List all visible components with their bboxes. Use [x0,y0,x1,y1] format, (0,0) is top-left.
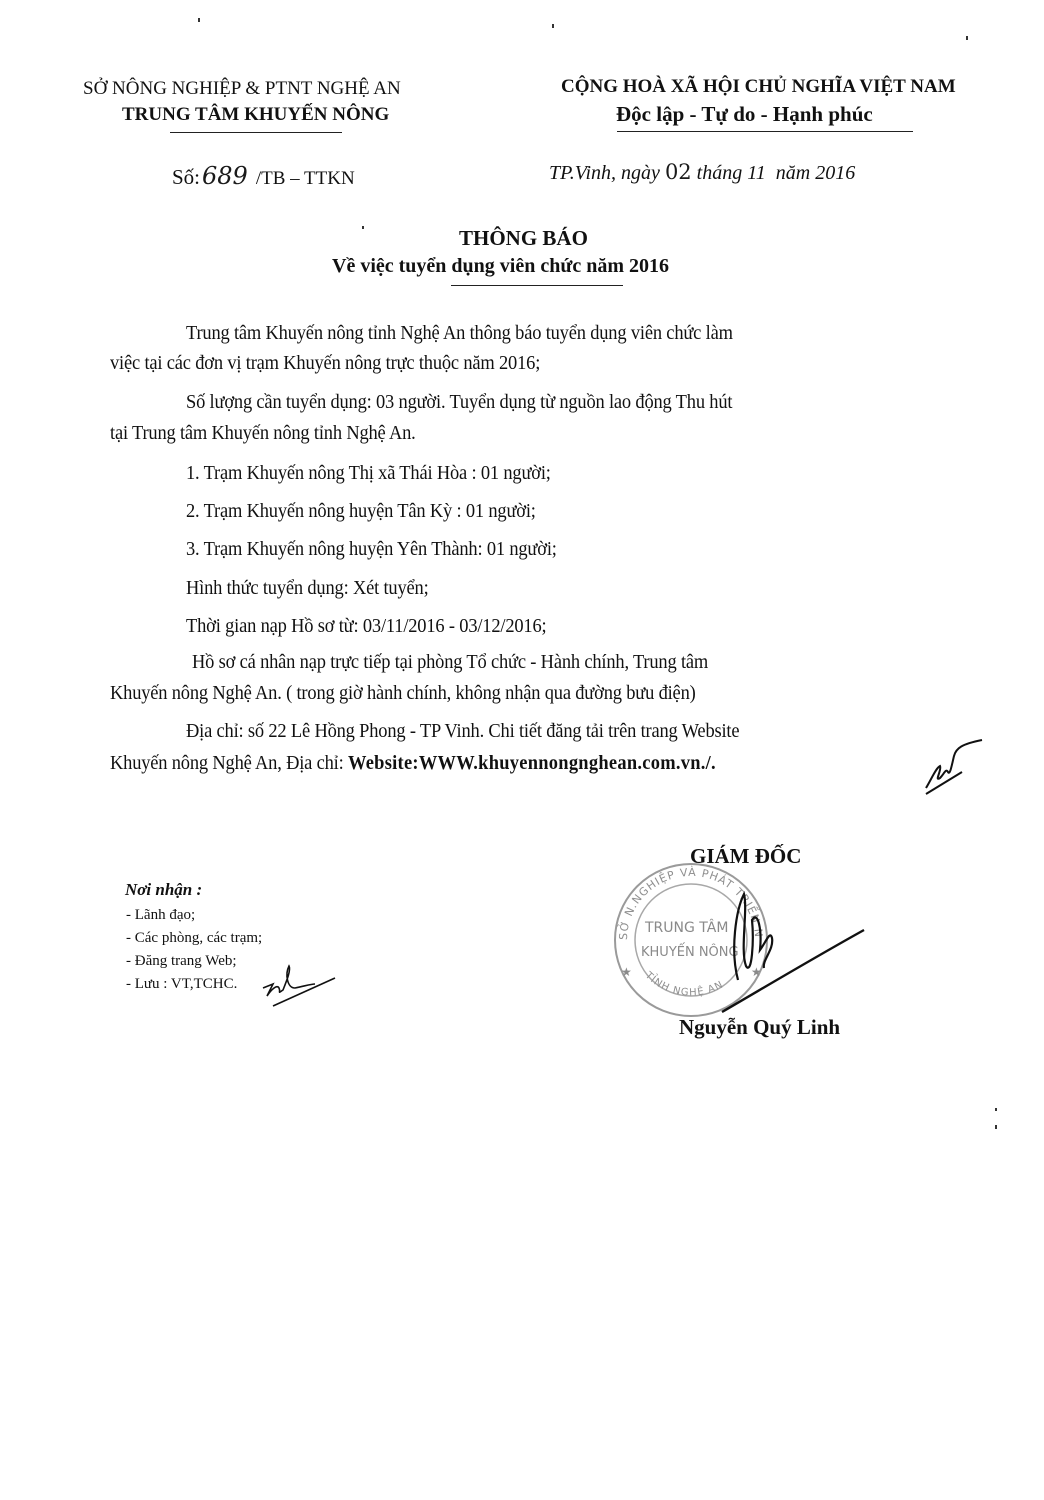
scan-speck [198,18,200,22]
number-suffix: /TB – TTKN [256,168,355,189]
recipients-heading: Nơi nhận : [125,880,202,900]
position-item: 1. Trạm Khuyến nông Thị xã Thái Hòa : 01… [186,462,591,485]
scan-speck [995,1125,997,1129]
initials-mark-icon [255,960,345,1010]
scan-speck [362,226,364,229]
address-line2: Khuyến nông Nghệ An, Địa chỉ: Website:WW… [110,752,783,775]
date-month: tháng 11 [697,162,766,184]
paragraph-quantity-line2: tại Trung tâm Khuyến nông tỉnh Nghệ An. [110,422,450,445]
paragraph-quantity-line1: Số lượng cần tuyển dụng: 03 người. Tuyển… [186,391,793,414]
document-number: Số:689/TB – TTKN [172,162,355,190]
document-subtitle: Về việc tuyển dụng viên chức năm 2016 [332,255,669,278]
recruitment-method: Hình thức tuyển dụng: Xét tuyển; [186,577,455,600]
svg-text:★: ★ [621,965,632,979]
recipient-item: - Lưu : VT,TCHC. [126,976,237,993]
recipient-item: - Đăng trang Web; [126,953,237,970]
motto-underline [617,131,913,132]
signer-name: Nguyễn Quý Linh [679,1015,840,1040]
submission-instructions-line2: Khuyến nông Nghệ An. ( trong giờ hành ch… [110,682,761,705]
date-place-label: TP.Vinh, ngày [549,162,660,184]
address-line1: Địa chỉ: số 22 Lê Hồng Phong - TP Vinh. … [186,720,801,743]
date-place: TP.Vinh, ngày 02 tháng 11 năm 2016 [549,160,855,185]
country-name: CỘNG HOÀ XÃ HỘI CHỦ NGHĨA VIỆT NAM [561,76,956,98]
number-label: Số: [172,165,200,189]
national-motto: Độc lập - Tự do - Hạnh phúc [616,102,873,127]
submission-period: Thời gian nạp Hồ sơ từ: 03/11/2016 - 03/… [186,615,587,638]
handwritten-day: 02 [665,160,692,184]
submission-instructions-line1: Hồ sơ cá nhân nạp trực tiếp tại phòng Tổ… [192,651,765,674]
handwritten-number: 689 [202,162,248,190]
agency-underline [170,132,342,133]
agency-name: TRUNG TÂM KHUYẾN NÔNG [122,104,389,126]
document-title: THÔNG BÁO [459,226,588,251]
scan-speck [552,24,554,28]
ministry-name: SỞ NÔNG NGHIỆP & PTNT NGHỆ AN [83,78,401,100]
initials-mark-icon [922,738,992,798]
website-link[interactable]: Website:WWW.khuyennongnghean.com.vn./. [348,752,716,774]
date-year: năm 2016 [776,162,855,184]
title-underline [451,285,623,286]
scan-speck [966,36,968,40]
recipient-item: - Các phòng, các trạm; [126,930,262,947]
position-item: 2. Trạm Khuyến nông huyện Tân Kỳ : 01 ng… [186,500,575,523]
paragraph-intro-line2: việc tại các đơn vị trạm Khuyến nông trự… [110,352,588,375]
paragraph-intro-line1: Trung tâm Khuyến nông tỉnh Nghệ An thông… [186,322,794,345]
recipient-item: - Lãnh đạo; [126,907,195,924]
position-item: 3. Trạm Khuyến nông huyện Yên Thành: 01 … [186,538,598,561]
signature-icon [700,880,870,1020]
scan-speck [995,1108,997,1111]
